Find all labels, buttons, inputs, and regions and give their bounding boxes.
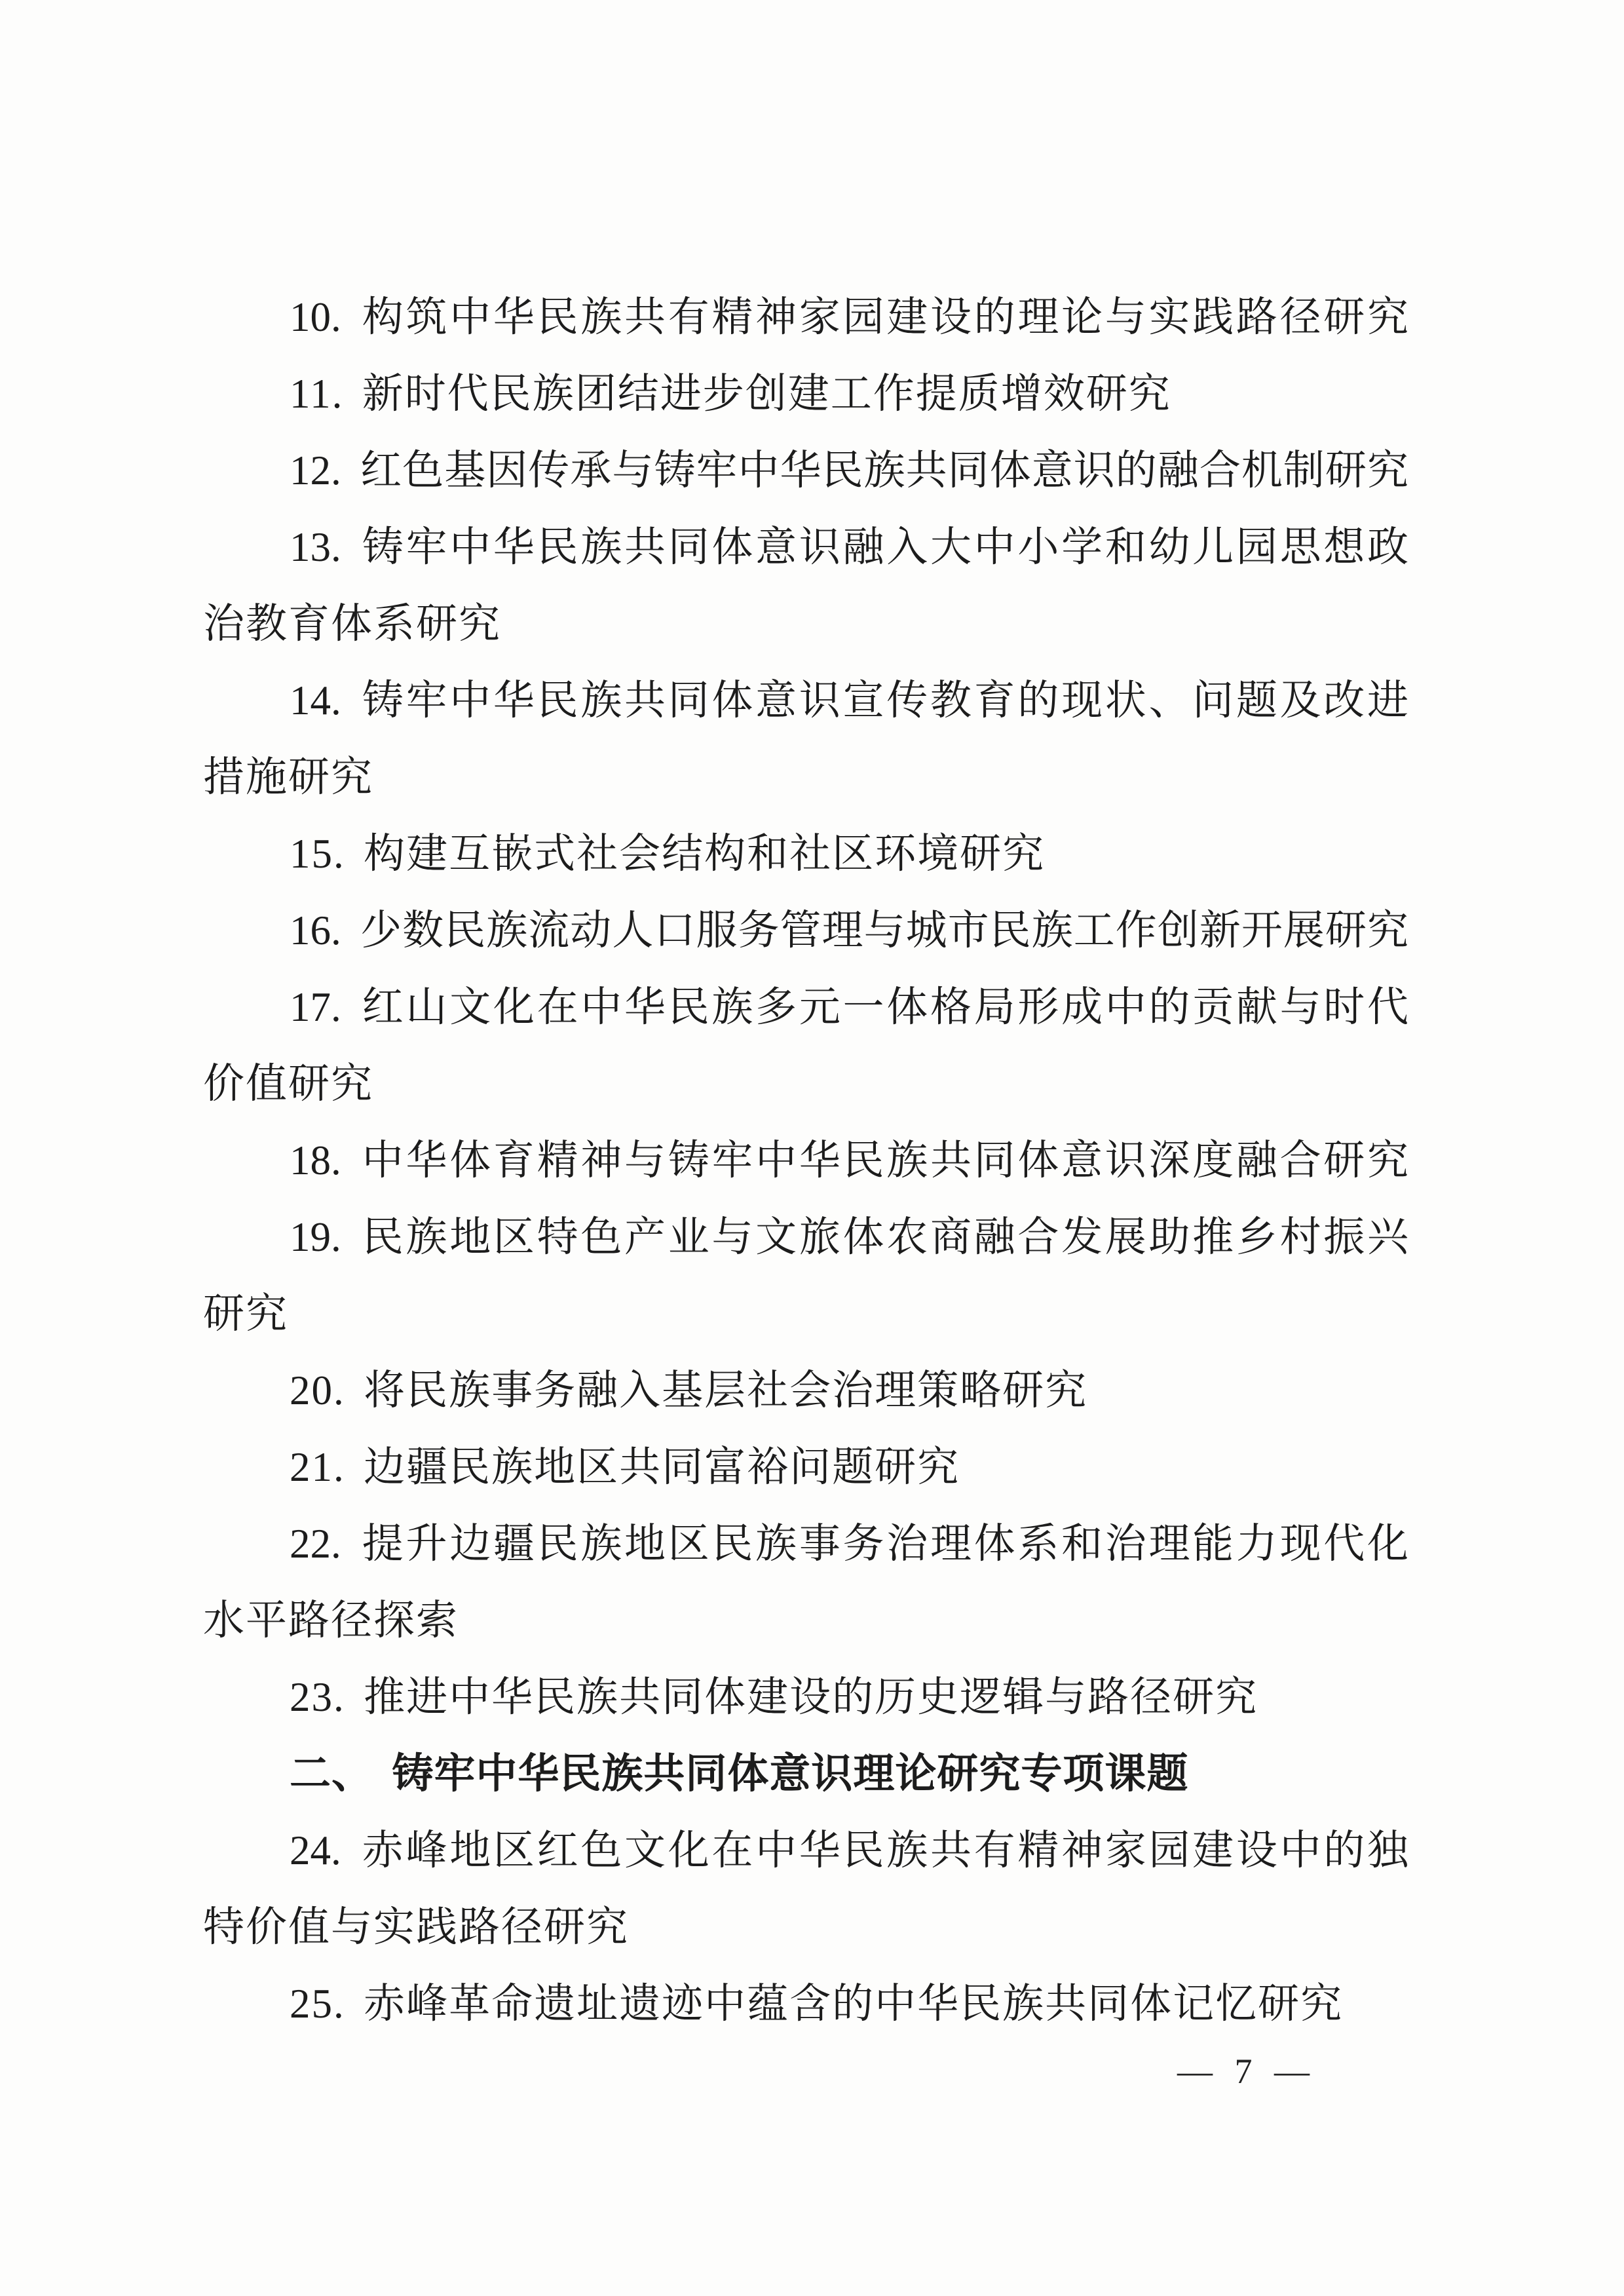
item-title: 赤峰地区红色文化在中华民族共有精神家园建设中的独	[360, 1827, 1408, 1873]
item-title: 红色基因传承与铸牢中华民族共同体意识的融合机制研究	[360, 448, 1408, 493]
list-item-19-continuation: 研究	[203, 1276, 1408, 1352]
list-item-14-continuation: 措施研究	[203, 739, 1408, 816]
section-title: 铸牢中华民族共同体意识理论研究专项课题	[392, 1751, 1188, 1797]
item-title: 价值研究	[203, 1061, 373, 1107]
list-item-25: 25.赤峰革命遗址遗迹中蕴含的中华民族共同体记忆研究	[203, 1966, 1408, 2042]
item-number: 25.	[290, 1981, 345, 2027]
item-title: 构筑中华民族共有精神家园建设的理论与实践路径研究	[360, 294, 1408, 340]
item-number: 11.	[290, 371, 343, 417]
item-title: 研究	[203, 1291, 288, 1337]
list-item-22: 22.提升边疆民族地区民族事务治理体系和治理能力现代化	[203, 1506, 1408, 1582]
item-title: 红山文化在中华民族多元一体格局形成中的贡献与时代	[360, 984, 1408, 1030]
item-number: 10.	[290, 294, 341, 340]
item-number: 22.	[290, 1521, 341, 1567]
document-page: 10.构筑中华民族共有精神家园建设的理论与实践路径研究 11.新时代民族团结进步…	[0, 0, 1624, 2296]
item-number: 20.	[290, 1368, 345, 1413]
section-number: 二、	[290, 1751, 373, 1797]
list-item-21: 21.边疆民族地区共同富裕问题研究	[203, 1429, 1408, 1506]
list-item-16: 16.少数民族流动人口服务管理与城市民族工作创新开展研究	[203, 892, 1408, 969]
item-title: 赤峰革命遗址遗迹中蕴含的中华民族共同体记忆研究	[364, 1981, 1343, 2027]
list-item-11: 11.新时代民族团结进步创建工作提质增效研究	[203, 356, 1408, 432]
item-title: 新时代民族团结进步创建工作提质增效研究	[362, 371, 1171, 417]
item-number: 21.	[290, 1444, 345, 1490]
item-title: 铸牢中华民族共同体意识宣传教育的现状、问题及改进	[360, 678, 1408, 723]
item-title: 构建互嵌式社会结构和社区环境研究	[364, 831, 1045, 877]
section-heading: 二、铸牢中华民族共同体意识理论研究专项课题	[203, 1736, 1408, 1812]
list-item-12: 12.红色基因传承与铸牢中华民族共同体意识的融合机制研究	[203, 432, 1408, 509]
item-title: 推进中华民族共同体建设的历史逻辑与路径研究	[364, 1674, 1258, 1720]
item-number: 15.	[290, 831, 345, 877]
item-number: 16.	[290, 908, 341, 953]
list-item-13: 13.铸牢中华民族共同体意识融入大中小学和幼儿园思想政	[203, 509, 1408, 586]
item-title: 少数民族流动人口服务管理与城市民族工作创新开展研究	[360, 908, 1408, 953]
item-title: 特价值与实践路径研究	[203, 1904, 629, 1950]
page-number: — 7 —	[1177, 2051, 1316, 2092]
item-title: 水平路径探索	[203, 1598, 459, 1643]
topic-list: 10.构筑中华民族共有精神家园建设的理论与实践路径研究 11.新时代民族团结进步…	[203, 279, 1408, 2042]
list-item-17: 17.红山文化在中华民族多元一体格局形成中的贡献与时代	[203, 969, 1408, 1046]
item-number: 18.	[290, 1138, 341, 1183]
list-item-24-continuation: 特价值与实践路径研究	[203, 1889, 1408, 1966]
list-item-15: 15.构建互嵌式社会结构和社区环境研究	[203, 816, 1408, 892]
list-item-22-continuation: 水平路径探索	[203, 1582, 1408, 1659]
item-title: 中华体育精神与铸牢中华民族共同体意识深度融合研究	[360, 1138, 1408, 1183]
item-title: 民族地区特色产业与文旅体农商融合发展助推乡村振兴	[360, 1214, 1408, 1260]
item-title: 铸牢中华民族共同体意识融入大中小学和幼儿园思想政	[360, 524, 1408, 570]
item-title: 治教育体系研究	[203, 601, 501, 647]
item-number: 12.	[290, 448, 341, 493]
item-number: 23.	[290, 1674, 345, 1720]
item-title: 将民族事务融入基层社会治理策略研究	[364, 1368, 1087, 1413]
list-item-19: 19.民族地区特色产业与文旅体农商融合发展助推乡村振兴	[203, 1199, 1408, 1276]
list-item-18: 18.中华体育精神与铸牢中华民族共同体意识深度融合研究	[203, 1122, 1408, 1199]
item-number: 14.	[290, 678, 341, 723]
item-title: 边疆民族地区共同富裕问题研究	[364, 1444, 960, 1490]
item-title: 措施研究	[203, 754, 373, 800]
list-item-20: 20.将民族事务融入基层社会治理策略研究	[203, 1352, 1408, 1429]
list-item-10: 10.构筑中华民族共有精神家园建设的理论与实践路径研究	[203, 279, 1408, 356]
list-item-24: 24.赤峰地区红色文化在中华民族共有精神家园建设中的独	[203, 1812, 1408, 1889]
item-number: 17.	[290, 984, 341, 1030]
list-item-13-continuation: 治教育体系研究	[203, 586, 1408, 662]
item-number: 19.	[290, 1214, 341, 1260]
list-item-14: 14.铸牢中华民族共同体意识宣传教育的现状、问题及改进	[203, 662, 1408, 739]
item-title: 提升边疆民族地区民族事务治理体系和治理能力现代化	[360, 1521, 1408, 1567]
list-item-17-continuation: 价值研究	[203, 1046, 1408, 1122]
list-item-23: 23.推进中华民族共同体建设的历史逻辑与路径研究	[203, 1659, 1408, 1736]
item-number: 13.	[290, 524, 341, 570]
item-number: 24.	[290, 1827, 341, 1873]
